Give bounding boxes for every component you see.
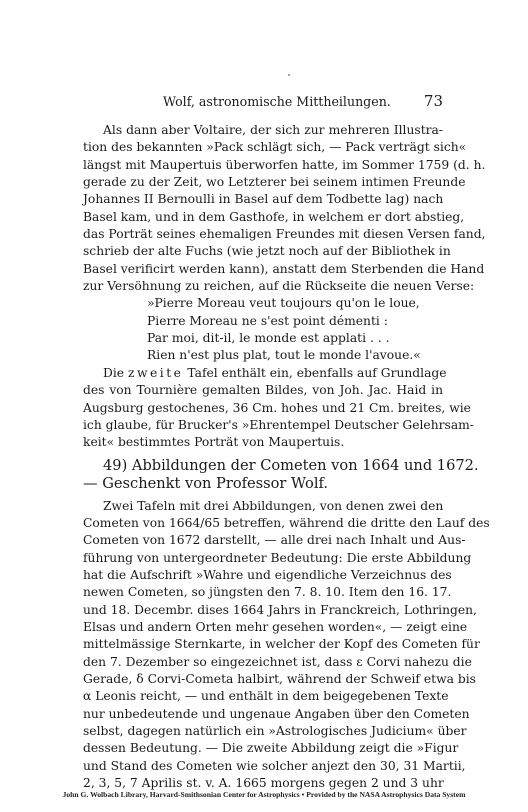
running-header: Wolf, astronomische Mittheilungen. 73 [83,94,443,112]
text-line: schrieb der alte Fuchs (wie jetzt noch a… [83,243,443,260]
heading-line: — Geschenkt von Professor Wolf. [83,475,443,494]
text-line: Augsburg gestochenes, 36 Cm. hohes und 2… [83,400,443,417]
text-line: Basel kam, und in dem Gasthofe, in welch… [83,209,443,226]
page-body: Als dann aber Voltaire, der sich zur meh… [83,122,443,792]
text-line: den 7. Dezember so eingezeichnet ist, da… [83,654,443,671]
text-line: dessen Bedeutung. — Die zweite Abbildung… [83,740,443,757]
first-word: Die [103,366,124,380]
text-line: nur unbedeutende und ungenaue Angaben üb… [83,706,443,723]
text-line: Als dann aber Voltaire, der sich zur meh… [83,122,443,139]
text-line: keit« bestimmtes Porträt von Maupertuis. [83,434,443,451]
text-line: mittelmässige Sternkarte, in welcher der… [83,636,443,653]
text-line: α Leonis reicht, — und enthält in dem be… [83,688,443,705]
line-rest: Tafel enthält ein, ebenfalls auf Grundla… [187,366,446,380]
text-line: Johannes II Bernoulli in Basel auf dem T… [83,191,443,208]
verse-line: »Pierre Moreau veut toujours qu'on le lo… [147,295,443,312]
scanned-page: Wolf, astronomische Mittheilungen. 73 Al… [0,0,528,812]
text-line: zur Versöhnung zu reichen, auf die Rücks… [83,278,443,295]
running-title: Wolf, astronomische Mittheilungen. [163,94,391,109]
scan-speck [288,74,290,76]
text-line: hat die Aufschrift »Wahre und eigendlich… [83,567,443,584]
paragraph-voltaire: Als dann aber Voltaire, der sich zur meh… [83,122,443,295]
text-line: Zwei Tafeln mit drei Abbildungen, von de… [83,498,443,515]
text-line: selbst, dagegen natürlich ein »Astrologi… [83,723,443,740]
paragraph-comet-plates: Zwei Tafeln mit drei Abbildungen, von de… [83,498,443,793]
section-heading-49: 49) Abbildungen der Cometen von 1664 und… [83,457,443,494]
attribution-footer: John G. Wolbach Library, Harvard-Smithso… [0,790,528,799]
verse-line: Pierre Moreau ne s'est point démenti : [147,313,443,330]
text-line: tion des bekannten »Pack schlägt sich, —… [83,139,443,156]
text-line: führung von untergeordneter Bedeutung: D… [83,550,443,567]
page-number: 73 [424,92,443,110]
text-line: Die zweite Tafel enthält ein, ebenfalls … [83,365,443,382]
text-line: gerade zu der Zeit, wo Letzterer bei sei… [83,174,443,191]
text-line: Elsas und andern Orten mehr gesehen word… [83,619,443,636]
text-line: newen Cometen, so jüngsten den 7. 8. 10.… [83,584,443,601]
text-line: Cometen von 1664/65 betreffen, während d… [83,515,443,532]
text-line: Gerade, δ Corvi-Cometa halbirt, während … [83,671,443,688]
text-line: des von Tournière gemalten Bildes, von J… [83,382,443,399]
text-line: Cometen von 1672 darstellt, — alle drei … [83,532,443,549]
heading-line: 49) Abbildungen der Cometen von 1664 und… [83,457,443,476]
verse-block: »Pierre Moreau veut toujours qu'on le lo… [83,295,443,364]
text-line: und Stand des Cometen wie solcher anjezt… [83,758,443,775]
text-line: ich glaube, für Brucker's »Ehrentempel D… [83,417,443,434]
spaced-emphasis: zweite [128,366,183,380]
text-line: längst mit Maupertuis überworfen hatte, … [83,157,443,174]
verse-line: Par moi, dit-il, le monde est applati . … [147,330,443,347]
text-line: Basel verificirt werden kann), anstatt d… [83,261,443,278]
paragraph-second-plate: Die zweite Tafel enthält ein, ebenfalls … [83,365,443,452]
text-line: das Porträt seines ehemaligen Freundes m… [83,226,443,243]
verse-line: Rien n'est plus plat, tout le monde l'av… [147,347,443,364]
text-line: und 18. Decembr. dises 1664 Jahrs in Fra… [83,602,443,619]
